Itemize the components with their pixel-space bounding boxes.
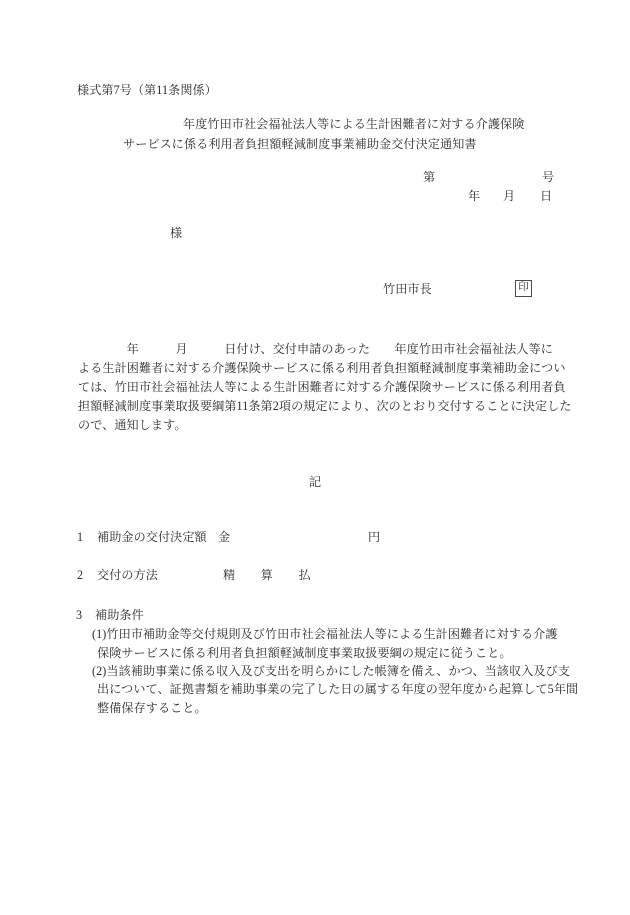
date-year-label: 年 (468, 189, 480, 203)
item-1-number: 1 (77, 530, 83, 544)
item-2-label: 交付の方法 (97, 568, 158, 582)
body-line: 年 月 日付け、交付申請のあった 年度竹田市社会福祉法人等に (78, 342, 553, 356)
condition-2-line: 整備保存すること。 (97, 701, 207, 715)
form-label: 様式第7号（第11条関係） (77, 83, 217, 97)
seal-mark: 印 (518, 283, 529, 294)
record-heading: 記 (0, 475, 630, 489)
condition-2-line: 出について、証拠書類を補助事業の完了した日の属する年度の翌年度から起算して5年間 (97, 682, 578, 696)
document-title-line2: サービスに係る利用者負担額軽減制度事業補助金交付決定通知書 (123, 137, 477, 151)
doc-number-suffix: 号 (542, 170, 554, 184)
condition-2-line: (2)当該補助事業に係る収入及び支出を明らかにした帳簿を備え、かつ、当該収入及び… (92, 664, 570, 678)
document-title-line1: 年度竹田市社会福祉法人等による生計困難者に対する介護保険 (183, 117, 524, 131)
body-line: ので、通知します。 (78, 418, 187, 432)
item-3-label: 補助条件 (95, 608, 144, 622)
date-month-label: 月 (503, 189, 515, 203)
condition-1-line: 保険サービスに係る利用者負担額軽減制度事業取扱要綱の規定に従うこと。 (97, 646, 512, 660)
item-2-number: 2 (77, 568, 83, 582)
body-line: ては、竹田市社会福祉法人等による生計困難者に対する介護保険サービスに係る利用者負 (78, 380, 566, 394)
amount-prefix: 金 (218, 530, 230, 544)
body-line: よる生計困難者に対する介護保険サービスに係る利用者負担額軽減制度事業補助金につい (78, 361, 566, 375)
addressee-honorific: 様 (170, 226, 182, 240)
sender-title: 竹田市長 (383, 282, 432, 296)
document-page: 様式第7号（第11条関係） 年度竹田市社会福祉法人等による生計困難者に対する介護… (0, 0, 630, 915)
item-3-number: 3 (76, 608, 82, 622)
item-1-label: 補助金の交付決定額 (97, 530, 207, 544)
item-2-value: 精 算 払 (223, 568, 317, 582)
body-line: 担額軽減制度事業取扱要綱第11条第2項の規定により、次のとおり交付することに決定… (78, 399, 572, 413)
official-seal-box: 印 (515, 280, 532, 297)
date-day-label: 日 (540, 189, 552, 203)
condition-1-line: (1)竹田市補助金等交付規則及び竹田市社会福祉法人等による生計困難者に対する介護 (92, 627, 558, 641)
amount-suffix: 円 (368, 530, 380, 544)
doc-number-prefix: 第 (423, 170, 435, 184)
